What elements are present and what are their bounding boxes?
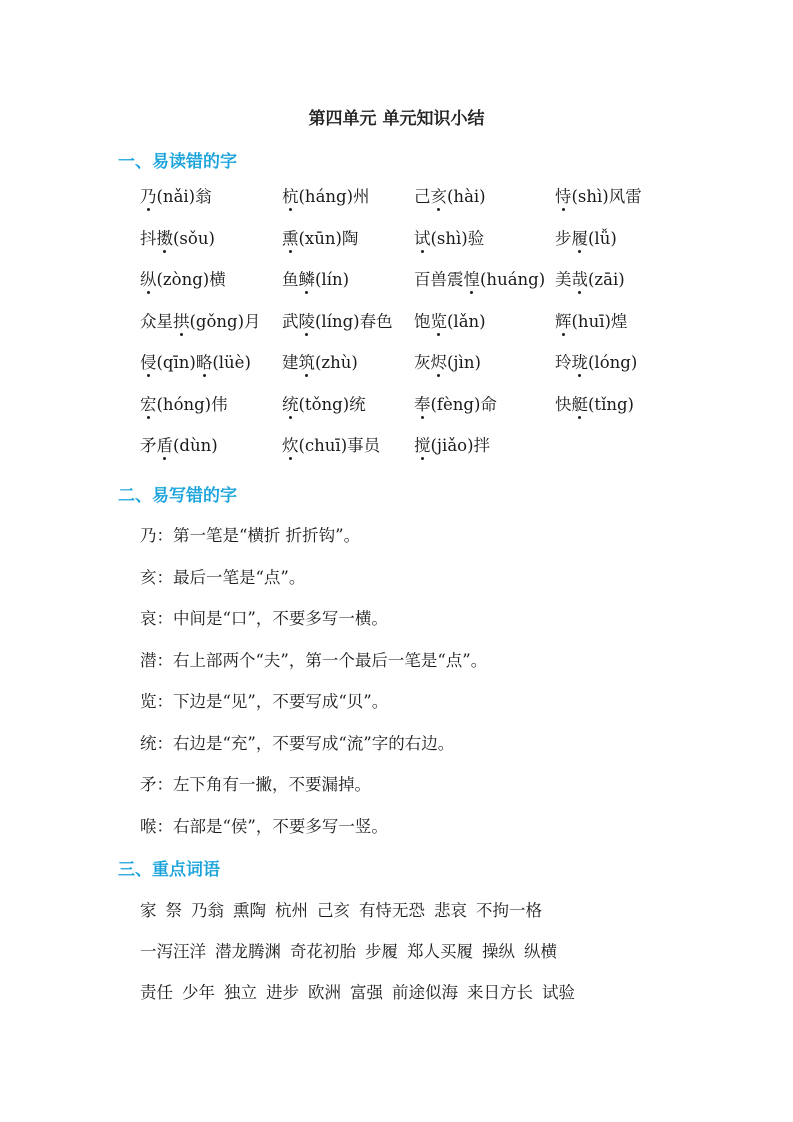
key-words-line: 一泻汪洋潜龙腾渊奇花初胎步履郑人买履操纵纵横 [140,938,584,979]
key-word: 富强 [350,983,383,1002]
reading-item: 杭(háng)州 [282,183,370,207]
reading-item: 辉(huī)煌 [555,308,627,332]
key-words-line: 家祭乃翁熏陶杭州己亥有恃无恐悲哀不拘一格 [140,897,584,938]
item-text: (shì)验 [431,229,485,248]
key-word: 己亥 [317,901,350,920]
key-word: 家 [140,901,157,920]
reading-item: 步履(lǚ) [555,225,617,249]
item-text: (qīn) [157,353,196,372]
key-word: 前途似海 [392,983,458,1002]
item-text: 饱 [414,312,431,331]
reading-item: 宏(hóng)伟 [140,391,228,415]
misread-characters-grid: 乃(nǎi)翁杭(háng)州己亥(hài)恃(shì)风雷抖擞(sǒu)熏(x… [140,183,680,474]
item-text: (lǚ) [588,229,617,248]
emphasized-character: 试 [414,229,431,248]
item-text: 矛 [140,436,157,455]
item-text: (huī)煌 [572,312,628,331]
reading-item: 侵(qīn)略(lüè) [140,349,251,373]
item-text: (fèng)命 [431,395,497,414]
reading-item: 统(tǒng)统 [282,391,366,415]
key-word: 欧洲 [308,983,341,1002]
reading-item: 搅(jiǎo)拌 [414,432,490,456]
item-text: (shì)风雷 [572,187,642,206]
writing-note: 潜：右上部两个“夫”，第一个最后一笔是“点”。 [140,647,487,689]
emphasized-character: 侵 [140,353,157,372]
reading-item: 美哉(zāi) [555,266,625,290]
item-text: (hài) [447,187,486,206]
item-text: (jìn) [447,353,481,372]
item-text: (zòng)横 [157,270,226,289]
writing-note: 喉：右部是“侯”，不要多写一竖。 [140,813,487,855]
item-text: (líng)春色 [315,312,393,331]
emphasized-character: 恃 [555,187,572,206]
item-text: 百兽震 [414,270,464,289]
reading-item: 百兽震惶(huáng) [414,266,545,290]
item-text: (xūn)陶 [299,229,359,248]
key-word: 奇花初胎 [290,942,356,961]
key-word: 乃翁 [191,901,224,920]
writing-note: 矛：左下角有一撇，不要漏掉。 [140,771,487,813]
grid-row: 纵(zòng)横鱼鳞(lín)百兽震惶(huáng)美哉(zāi) [140,266,680,308]
item-text: (tǐng) [588,395,634,414]
item-text: 建 [282,353,299,372]
reading-item: 乃(nǎi)翁 [140,183,212,207]
emphasized-character: 统 [282,395,299,414]
emphasized-character: 盾 [157,436,174,455]
emphasized-character: 鳞 [299,270,316,289]
emphasized-character: 辉 [555,312,572,331]
writing-note: 乃：第一笔是“横折 折折钩”。 [140,522,487,564]
key-word: 郑人买履 [407,942,473,961]
key-word: 一泻汪洋 [140,942,206,961]
reading-item: 武陵(líng)春色 [282,308,393,332]
item-text: (huáng) [480,270,545,289]
reading-item: 己亥(hài) [414,183,486,207]
writing-note: 哀：中间是“口”，不要多写一横。 [140,605,487,647]
reading-item: 纵(zòng)横 [140,266,226,290]
miswritten-characters-list: 乃：第一笔是“横折 折折钩”。亥：最后一笔是“点”。哀：中间是“口”，不要多写一… [140,522,487,854]
key-word: 纵横 [524,942,557,961]
key-word: 熏陶 [233,901,266,920]
key-word: 独立 [224,983,257,1002]
key-word: 不拘一格 [476,901,542,920]
item-text: (zhù) [315,353,358,372]
key-word: 来日方长 [467,983,533,1002]
key-word: 杭州 [275,901,308,920]
item-text: 抖 [140,229,157,248]
item-text: (nǎi)翁 [157,187,212,206]
reading-item: 玲珑(lóng) [555,349,637,373]
key-word: 操纵 [482,942,515,961]
reading-item: 快艇(tǐng) [555,391,634,415]
reading-item: 试(shì)验 [414,225,484,249]
key-words-line: 责任少年独立进步欧洲富强前途似海来日方长试验 [140,979,584,1020]
item-text: 众星 [140,312,173,331]
emphasized-character: 炊 [282,436,299,455]
emphasized-character: 艇 [572,395,589,414]
item-text: (lǎn) [447,312,486,331]
item-text: (gǒng)月 [190,312,261,331]
reading-item: 恃(shì)风雷 [555,183,642,207]
emphasized-character: 筑 [299,353,316,372]
key-word: 祭 [166,901,183,920]
key-word: 少年 [182,983,215,1002]
item-text: (jiǎo)拌 [431,436,491,455]
item-text: 鱼 [282,270,299,289]
item-text: (tǒng)统 [299,395,366,414]
key-word: 悲哀 [434,901,467,920]
key-word: 步履 [365,942,398,961]
key-word: 潜龙腾渊 [215,942,281,961]
reading-item: 饱览(lǎn) [414,308,486,332]
item-text: (lóng) [588,353,637,372]
grid-row: 宏(hóng)伟统(tǒng)统奉(fèng)命快艇(tǐng) [140,391,680,433]
emphasized-character: 略 [196,353,213,372]
key-words-list: 家祭乃翁熏陶杭州己亥有恃无恐悲哀不拘一格一泻汪洋潜龙腾渊奇花初胎步履郑人买履操纵… [140,897,584,1020]
page-title: 第四单元 单元知识小结 [0,104,793,129]
reading-item: 熏(xūn)陶 [282,225,358,249]
reading-item: 奉(fèng)命 [414,391,497,415]
writing-note: 统：右边是“充”，不要写成“流”字的右边。 [140,730,487,772]
item-text: 武 [282,312,299,331]
item-text: 己 [414,187,431,206]
reading-item: 抖擞(sǒu) [140,225,215,249]
emphasized-character: 奉 [414,395,431,414]
item-text: 美 [555,270,572,289]
grid-row: 众星拱(gǒng)月武陵(líng)春色饱览(lǎn)辉(huī)煌 [140,308,680,350]
section-heading-key-words: 三、重点词语 [118,855,220,880]
emphasized-character: 亥 [431,187,448,206]
key-word: 试验 [542,983,575,1002]
section-heading-misread: 一、易读错的字 [118,147,237,172]
section-heading-miswritten: 二、易写错的字 [118,481,237,506]
emphasized-character: 履 [572,229,589,248]
item-text: 玲 [555,353,572,372]
grid-row: 矛盾(dùn)炊(chuī)事员搅(jiǎo)拌 [140,432,680,474]
reading-item: 灰烬(jìn) [414,349,481,373]
emphasized-character: 陵 [299,312,316,331]
item-text: (lín) [315,270,349,289]
emphasized-character: 惶 [464,270,481,289]
emphasized-character: 览 [431,312,448,331]
item-text: (háng)州 [299,187,370,206]
writing-note: 览：下边是“见”，不要写成“贝”。 [140,688,487,730]
emphasized-character: 珑 [572,353,589,372]
grid-row: 侵(qīn)略(lüè)建筑(zhù)灰烬(jìn)玲珑(lóng) [140,349,680,391]
item-text: (hóng)伟 [157,395,228,414]
key-word: 责任 [140,983,173,1002]
emphasized-character: 熏 [282,229,299,248]
reading-item: 建筑(zhù) [282,349,358,373]
emphasized-character: 烬 [431,353,448,372]
writing-note: 亥：最后一笔是“点”。 [140,564,487,606]
reading-item: 矛盾(dùn) [140,432,218,456]
emphasized-character: 乃 [140,187,157,206]
reading-item: 炊(chuī)事员 [282,432,380,456]
emphasized-character: 拱 [173,312,190,331]
emphasized-character: 擞 [157,229,174,248]
emphasized-character: 宏 [140,395,157,414]
grid-row: 抖擞(sǒu)熏(xūn)陶试(shì)验步履(lǚ) [140,225,680,267]
emphasized-character: 搅 [414,436,431,455]
grid-row: 乃(nǎi)翁杭(háng)州己亥(hài)恃(shì)风雷 [140,183,680,225]
item-text: 快 [555,395,572,414]
item-text: (lüè) [212,353,251,372]
reading-item: 鱼鳞(lín) [282,266,349,290]
item-text: (chuī)事员 [299,436,381,455]
emphasized-character: 纵 [140,270,157,289]
key-word: 进步 [266,983,299,1002]
key-word: 有恃无恐 [359,901,425,920]
item-text: (zāi) [588,270,625,289]
emphasized-character: 哉 [572,270,589,289]
item-text: (sǒu) [173,229,215,248]
reading-item: 众星拱(gǒng)月 [140,308,261,332]
emphasized-character: 杭 [282,187,299,206]
item-text: 灰 [414,353,431,372]
item-text: 步 [555,229,572,248]
item-text: (dùn) [173,436,218,455]
